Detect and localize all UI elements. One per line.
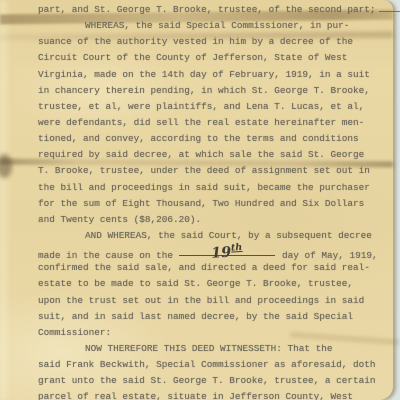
deed-text-block: part, and St. George T. Brooke, trustee,… — [38, 2, 383, 400]
trailing-underline — [379, 2, 400, 12]
paper-left-edge-highlight — [0, 0, 11, 400]
text-line: suance of the authority vested in him by… — [38, 34, 383, 50]
text-line: T. Brooke, trustee, under the deed of as… — [38, 163, 383, 179]
text-line: Virginia, made on the 14th day of Februa… — [38, 67, 383, 83]
text-line: tioned, and convey, according to the ter… — [38, 131, 383, 147]
text-line: were defendants, did sell the real estat… — [38, 115, 383, 131]
handwritten-date: 19th — [211, 242, 244, 260]
text-line: trustee, et al, were plaintiffs, and Len… — [38, 99, 383, 115]
text-line: and Twenty cents ($8,206.20). — [38, 212, 383, 228]
text-line: parcel of real estate, situate in Jeffer… — [38, 389, 383, 400]
text-line: AND WHEREAS, the said Court, by a subseq… — [38, 228, 383, 244]
text-line: NOW THEREFORE THIS DEED WITNESSETH: That… — [38, 341, 383, 357]
text-line: for the sum of Eight Thousand, Two Hundr… — [38, 196, 383, 212]
handwritten-ordinal-suffix: th — [231, 242, 243, 254]
text-line: upon the trust set out in the bill and p… — [38, 293, 383, 309]
text-line: estate to be made to said St. George T. … — [38, 276, 383, 292]
text-line: in chancery therein pending, in which St… — [38, 83, 383, 99]
text-line: WHEREAS, the said Special Commissioner, … — [38, 18, 383, 34]
text-line: Circuit Court of the County of Jefferson… — [38, 50, 383, 66]
text-line: part, and St. George T. Brooke, trustee,… — [38, 2, 383, 18]
text-line: required by said decree, at which sale t… — [38, 147, 383, 163]
filled-date-blank: 19th — [179, 244, 275, 256]
line-text: part, and St. George T. Brooke, trustee,… — [38, 4, 376, 15]
text-line: Commissioner: — [38, 325, 383, 341]
text-line: grant unto the said St. George T. Brooke… — [38, 373, 383, 389]
text-line-with-handwritten-date: made in the cause on the19thday of May, … — [38, 244, 383, 260]
text-line: the bill and proceedings in said suit, b… — [38, 180, 383, 196]
deed-page: part, and St. George T. Brooke, trustee,… — [0, 0, 393, 400]
text-line: confirmed the said sale, and directed a … — [38, 260, 383, 276]
text-line: said Frank Beckwith, Special Commissione… — [38, 357, 383, 373]
text-line: suit, and in said last named decree, by … — [38, 309, 383, 325]
handwritten-day-number: 19 — [211, 244, 232, 262]
